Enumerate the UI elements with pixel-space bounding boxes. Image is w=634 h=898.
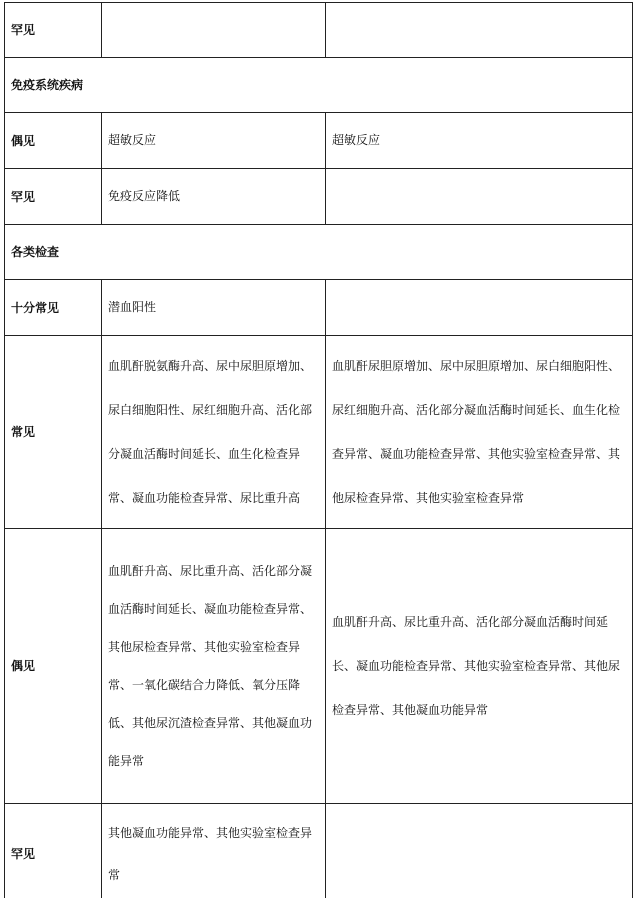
drug-b-cell: 血肌酐尿胆原增加、尿中尿胆原增加、尿白细胞阳性、尿红细胞升高、活化部分凝血活酶时… [326,336,633,529]
drug-a-cell: 超敏反应 [102,113,326,169]
table-row: 罕见 其他凝血功能异常、其他实验室检查异常 [5,804,633,898]
table-row: 罕见 [5,3,633,58]
frequency-cell: 十分常见 [5,280,102,336]
adverse-reactions-table: 罕见 免疫系统疾病 偶见 超敏反应 超敏反应 罕见 免疫反应降低 各类检查 十分… [4,2,633,898]
table-row: 罕见 免疫反应降低 [5,169,633,225]
table-row: 常见 血肌酐脱氨酶升高、尿中尿胆原增加、尿白细胞阳性、尿红细胞升高、活化部分凝血… [5,336,633,529]
frequency-cell: 常见 [5,336,102,529]
drug-a-cell: 血肌酐脱氨酶升高、尿中尿胆原增加、尿白细胞阳性、尿红细胞升高、活化部分凝血活酶时… [102,336,326,529]
table-row: 十分常见 潜血阳性 [5,280,633,336]
drug-a-cell: 免疫反应降低 [102,169,326,225]
table-row: 偶见 血肌酐升高、尿比重升高、活化部分凝血活酶时间延长、凝血功能检查异常、其他尿… [5,529,633,804]
section-header: 免疫系统疾病 [5,58,633,113]
drug-b-cell [326,804,633,898]
drug-b-cell [326,3,633,58]
drug-a-cell: 潜血阳性 [102,280,326,336]
frequency-cell: 罕见 [5,804,102,898]
frequency-cell: 罕见 [5,3,102,58]
section-row: 各类检查 [5,225,633,280]
drug-a-cell: 其他凝血功能异常、其他实验室检查异常 [102,804,326,898]
drug-b-cell [326,280,633,336]
frequency-cell: 偶见 [5,113,102,169]
drug-b-cell: 血肌酐升高、尿比重升高、活化部分凝血活酶时间延长、凝血功能检查异常、其他实验室检… [326,529,633,804]
drug-a-cell [102,3,326,58]
section-row: 免疫系统疾病 [5,58,633,113]
table-row: 偶见 超敏反应 超敏反应 [5,113,633,169]
frequency-cell: 罕见 [5,169,102,225]
drug-b-cell [326,169,633,225]
section-header: 各类检查 [5,225,633,280]
drug-a-cell: 血肌酐升高、尿比重升高、活化部分凝血活酶时间延长、凝血功能检查异常、其他尿检查异… [102,529,326,804]
frequency-cell: 偶见 [5,529,102,804]
drug-b-cell: 超敏反应 [326,113,633,169]
